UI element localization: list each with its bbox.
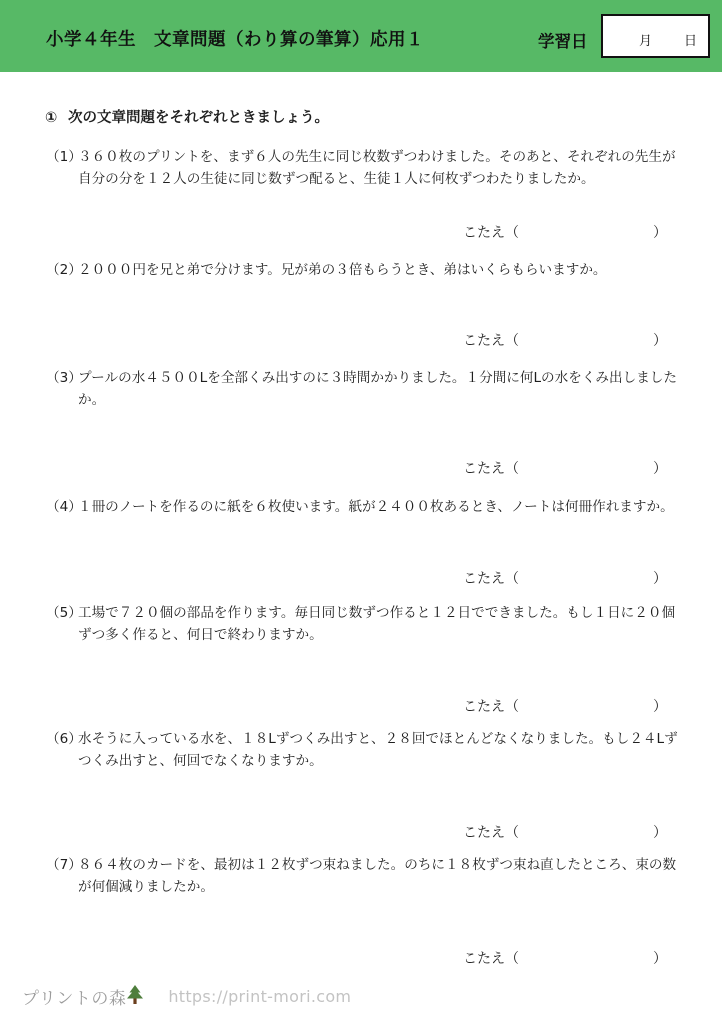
study-date-box: 月 日 bbox=[601, 14, 710, 58]
answer-6-close-paren: ） bbox=[653, 822, 667, 844]
problem-7: （7） ８６４枚のカードを、最初は１２枚ずつ束ねました。のちに１８枚ずつ束ね直し… bbox=[46, 854, 680, 898]
evergreen-tree-icon bbox=[126, 985, 144, 1005]
answer-6-label: こたえ（ bbox=[463, 822, 519, 844]
worksheet-header: 小学４年生 文章問題（わり算の筆算）応用１ 学習日 月 日 bbox=[0, 0, 722, 72]
answer-line-6: こたえ（ ） bbox=[463, 822, 667, 844]
answer-line-5: こたえ（ ） bbox=[463, 696, 667, 718]
answer-1-label: こたえ（ bbox=[463, 222, 519, 244]
study-date-label: 学習日 bbox=[538, 28, 588, 52]
problem-2: （2） ２０００円を兄と弟で分けます。兄が弟の３倍もらうとき、弟はいくらもらいま… bbox=[46, 259, 680, 281]
problem-3-text: プールの水４５００Lを全部くみ出すのに３時間かかりました。１分間に何Lの水をくみ… bbox=[78, 367, 680, 411]
problem-6-number: （6） bbox=[46, 728, 78, 772]
answer-line-7: こたえ（ ） bbox=[463, 948, 667, 970]
problem-6-text: 水そうに入っている水を、１８Lずつくみ出すと、２８回でほとんどなくなりました。も… bbox=[78, 728, 680, 772]
answer-1-close-paren: ） bbox=[653, 222, 667, 244]
answer-line-1: こたえ（ ） bbox=[463, 222, 667, 244]
problem-3: （3） プールの水４５００Lを全部くみ出すのに３時間かかりました。１分間に何Lの… bbox=[46, 367, 680, 411]
instruction-number: ① bbox=[45, 107, 68, 129]
problem-1-number: （1） bbox=[46, 146, 78, 190]
month-label: 月 bbox=[639, 30, 652, 49]
answer-7-close-paren: ） bbox=[653, 948, 667, 970]
answer-4-close-paren: ） bbox=[653, 568, 667, 590]
problem-6: （6） 水そうに入っている水を、１８Lずつくみ出すと、２８回でほとんどなくなりま… bbox=[46, 728, 680, 772]
problem-7-text: ８６４枚のカードを、最初は１２枚ずつ束ねました。のちに１８枚ずつ束ね直したところ… bbox=[78, 854, 680, 898]
worksheet-page: 小学４年生 文章問題（わり算の筆算）応用１ 学習日 月 日 ① 次の文章問題をそ… bbox=[0, 0, 722, 1024]
answer-line-2: こたえ（ ） bbox=[463, 330, 667, 352]
answer-2-close-paren: ） bbox=[653, 330, 667, 352]
problem-3-number: （3） bbox=[46, 367, 78, 411]
answer-2-label: こたえ（ bbox=[463, 330, 519, 352]
problem-2-text: ２０００円を兄と弟で分けます。兄が弟の３倍もらうとき、弟はいくらもらいますか。 bbox=[78, 259, 680, 281]
problem-5-number: （5） bbox=[46, 602, 78, 646]
problem-1-text: ３６０枚のプリントを、まず６人の先生に同じ枚数ずつわけました。そのあと、それぞれ… bbox=[78, 146, 680, 190]
problem-1: （1） ３６０枚のプリントを、まず６人の先生に同じ枚数ずつわけました。そのあと、… bbox=[46, 146, 680, 190]
instruction-line: ① 次の文章問題をそれぞれときましょう。 bbox=[45, 107, 685, 129]
problem-4-number: （4） bbox=[46, 496, 78, 518]
worksheet-title: 小学４年生 文章問題（わり算の筆算）応用１ bbox=[46, 26, 424, 51]
answer-7-label: こたえ（ bbox=[463, 948, 519, 970]
page-footer: プリントの森 https://print-mori.com bbox=[22, 984, 351, 1008]
problem-4: （4） １冊のノートを作るのに紙を６枚使います。紙が２４００枚あるとき、ノートは… bbox=[46, 496, 680, 518]
answer-5-label: こたえ（ bbox=[463, 696, 519, 718]
problem-5-text: 工場で７２０個の部品を作ります。毎日同じ数ずつ作ると１２日でできました。もし１日… bbox=[78, 602, 680, 646]
site-name: プリントの森 bbox=[22, 984, 126, 1009]
site-url: https://print-mori.com bbox=[168, 987, 351, 1006]
problem-4-text: １冊のノートを作るのに紙を６枚使います。紙が２４００枚あるとき、ノートは何冊作れ… bbox=[78, 496, 680, 518]
problem-5: （5） 工場で７２０個の部品を作ります。毎日同じ数ずつ作ると１２日でできました。… bbox=[46, 602, 680, 646]
answer-3-close-paren: ） bbox=[653, 458, 667, 480]
problem-7-number: （7） bbox=[46, 854, 78, 898]
problem-2-number: （2） bbox=[46, 259, 78, 281]
day-label: 日 bbox=[684, 30, 697, 49]
answer-3-label: こたえ（ bbox=[463, 458, 519, 480]
answer-5-close-paren: ） bbox=[653, 696, 667, 718]
answer-line-4: こたえ（ ） bbox=[463, 568, 667, 590]
instruction-text: 次の文章問題をそれぞれときましょう。 bbox=[68, 107, 685, 129]
answer-4-label: こたえ（ bbox=[463, 568, 519, 590]
answer-line-3: こたえ（ ） bbox=[463, 458, 667, 480]
